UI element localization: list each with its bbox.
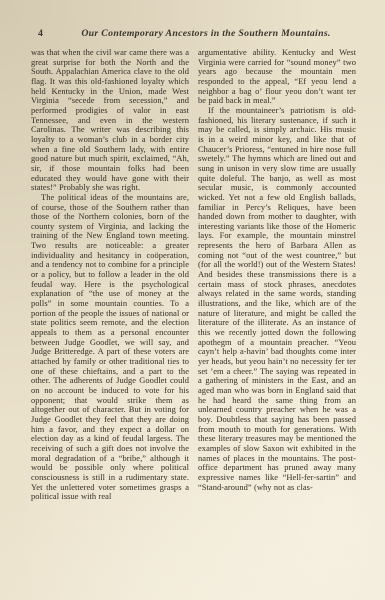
paragraph: The political ideas of the mountains are… — [31, 193, 189, 502]
page-number: 4 — [38, 28, 60, 39]
text-columns: was that when the civil war came there w… — [31, 48, 356, 540]
left-column: was that when the civil war came there w… — [31, 48, 189, 540]
running-head: 4 Our Contemporary Ancestors in the Sout… — [31, 28, 356, 39]
paragraph-continuation: argumentative ability. Kentucky and West… — [198, 48, 356, 106]
running-title: Our Contemporary Ancestors in the Southe… — [60, 28, 352, 39]
paragraph: If the mountaineer’s patriotism is old-f… — [198, 106, 356, 492]
paragraph-continuation: was that when the civil war came there w… — [31, 48, 189, 193]
right-column: argumentative ability. Kentucky and West… — [198, 48, 356, 540]
book-page: 4 Our Contemporary Ancestors in the Sout… — [0, 0, 385, 600]
